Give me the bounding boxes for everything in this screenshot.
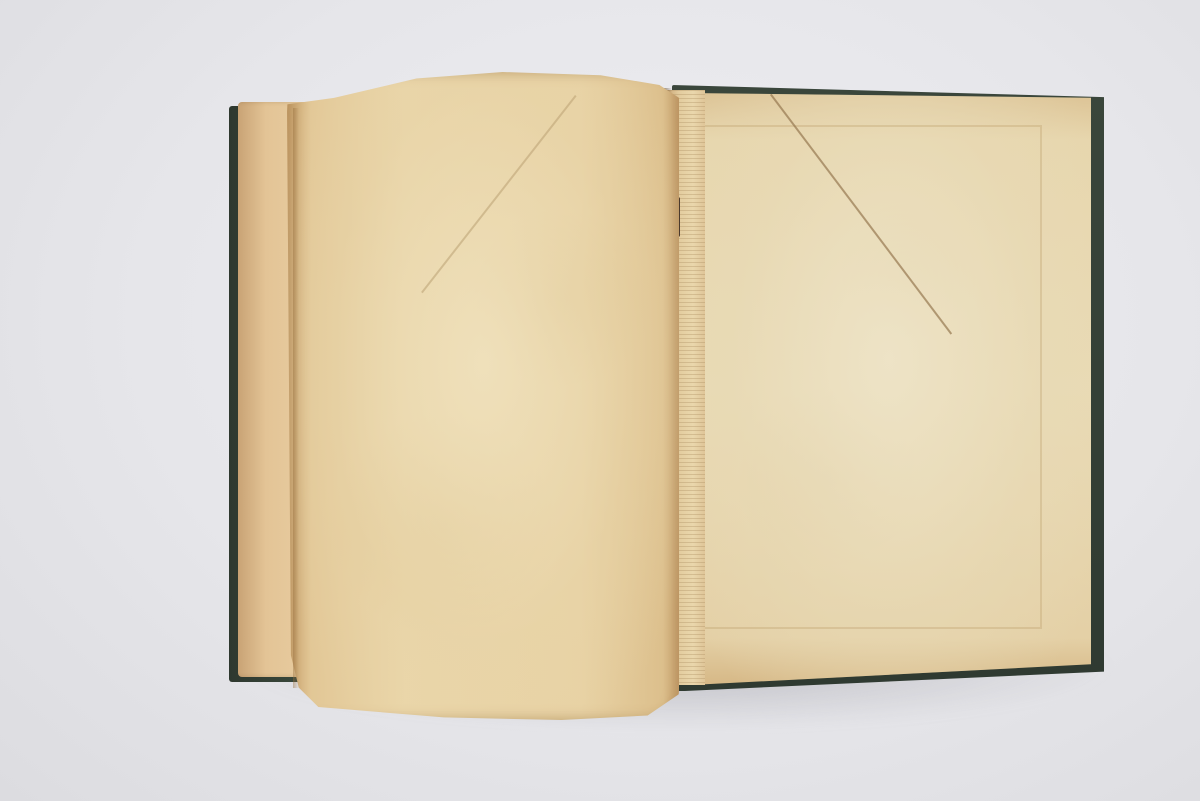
- left-flyleaf-page: [287, 72, 679, 720]
- cloth-turn-in-outline: [700, 125, 1042, 629]
- left-page-edge-shade: [293, 108, 299, 688]
- photo-scene: [0, 0, 1200, 801]
